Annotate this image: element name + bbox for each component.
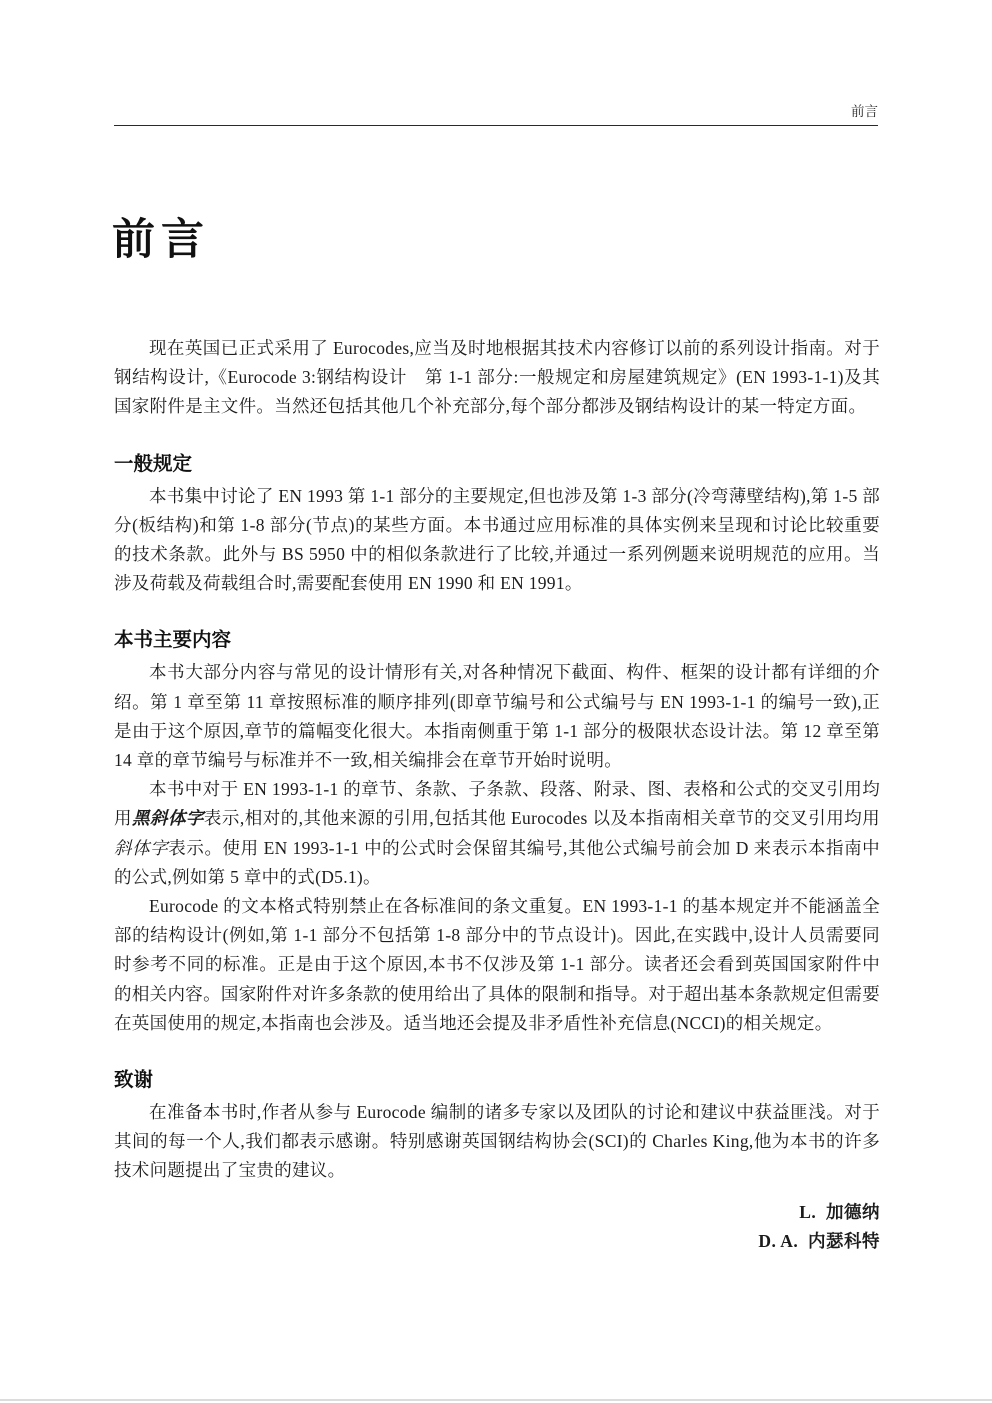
text-run: Eurocode 的文本格式特别禁止在各标准间的条文重复。EN 1993-1-1… [114,896,880,1033]
page-body: 现在英国已正式采用了 Eurocodes,应当及时地根据其技术内容修订以前的系列… [114,334,880,1256]
text-run: 表示。使用 EN 1993-1-1 中的公式时会保留其编号,其他公式编号前会加 … [114,838,880,887]
paragraph: 本书集中讨论了 EN 1993 第 1-1 部分的主要规定,但也涉及第 1-3 … [114,482,880,599]
header-rule [114,125,878,126]
emphasis-run: 黑斜体字 [132,808,204,828]
paragraph: 现在英国已正式采用了 Eurocodes,应当及时地根据其技术内容修订以前的系列… [114,334,880,422]
signature-block: L. 加德纳D. A. 内瑟科特 [114,1198,880,1256]
sections-container: 现在英国已正式采用了 Eurocodes,应当及时地根据其技术内容修订以前的系列… [114,334,880,1186]
text-run: 本书大部分内容与常见的设计情形有关,对各种情况下截面、构件、框架的设计都有详细的… [114,662,880,770]
page-bottom-edge [0,1399,992,1401]
running-header: 前言 [114,100,878,120]
signature-line: L. 加德纳 [114,1198,880,1227]
paragraph: 本书大部分内容与常见的设计情形有关,对各种情况下截面、构件、框架的设计都有详细的… [114,658,880,775]
section-heading: 本书主要内容 [114,628,880,652]
page-title: 前言 [112,206,210,267]
paragraph: Eurocode 的文本格式特别禁止在各标准间的条文重复。EN 1993-1-1… [114,892,880,1038]
document-page: 前言 前言 现在英国已正式采用了 Eurocodes,应当及时地根据其技术内容修… [0,0,992,1403]
paragraph: 在准备本书时,作者从参与 Eurocode 编制的诸多专家以及团队的讨论和建议中… [114,1098,880,1186]
signature-line: D. A. 内瑟科特 [114,1227,880,1256]
text-run: 本书集中讨论了 EN 1993 第 1-1 部分的主要规定,但也涉及第 1-3 … [114,486,880,594]
section-heading: 致谢 [114,1068,880,1092]
text-run: 表示,相对的,其他来源的引用,包括其他 Eurocodes 以及本指南相关章节的… [204,808,880,828]
section-heading: 一般规定 [114,452,880,476]
text-run: 在准备本书时,作者从参与 Eurocode 编制的诸多专家以及团队的讨论和建议中… [114,1102,880,1180]
emphasis-run: 斜体字 [114,838,168,858]
paragraph: 本书中对于 EN 1993-1-1 的章节、条款、子条款、段落、附录、图、表格和… [114,775,880,892]
text-run: 现在英国已正式采用了 Eurocodes,应当及时地根据其技术内容修订以前的系列… [114,338,880,416]
running-header-text: 前言 [851,104,878,119]
